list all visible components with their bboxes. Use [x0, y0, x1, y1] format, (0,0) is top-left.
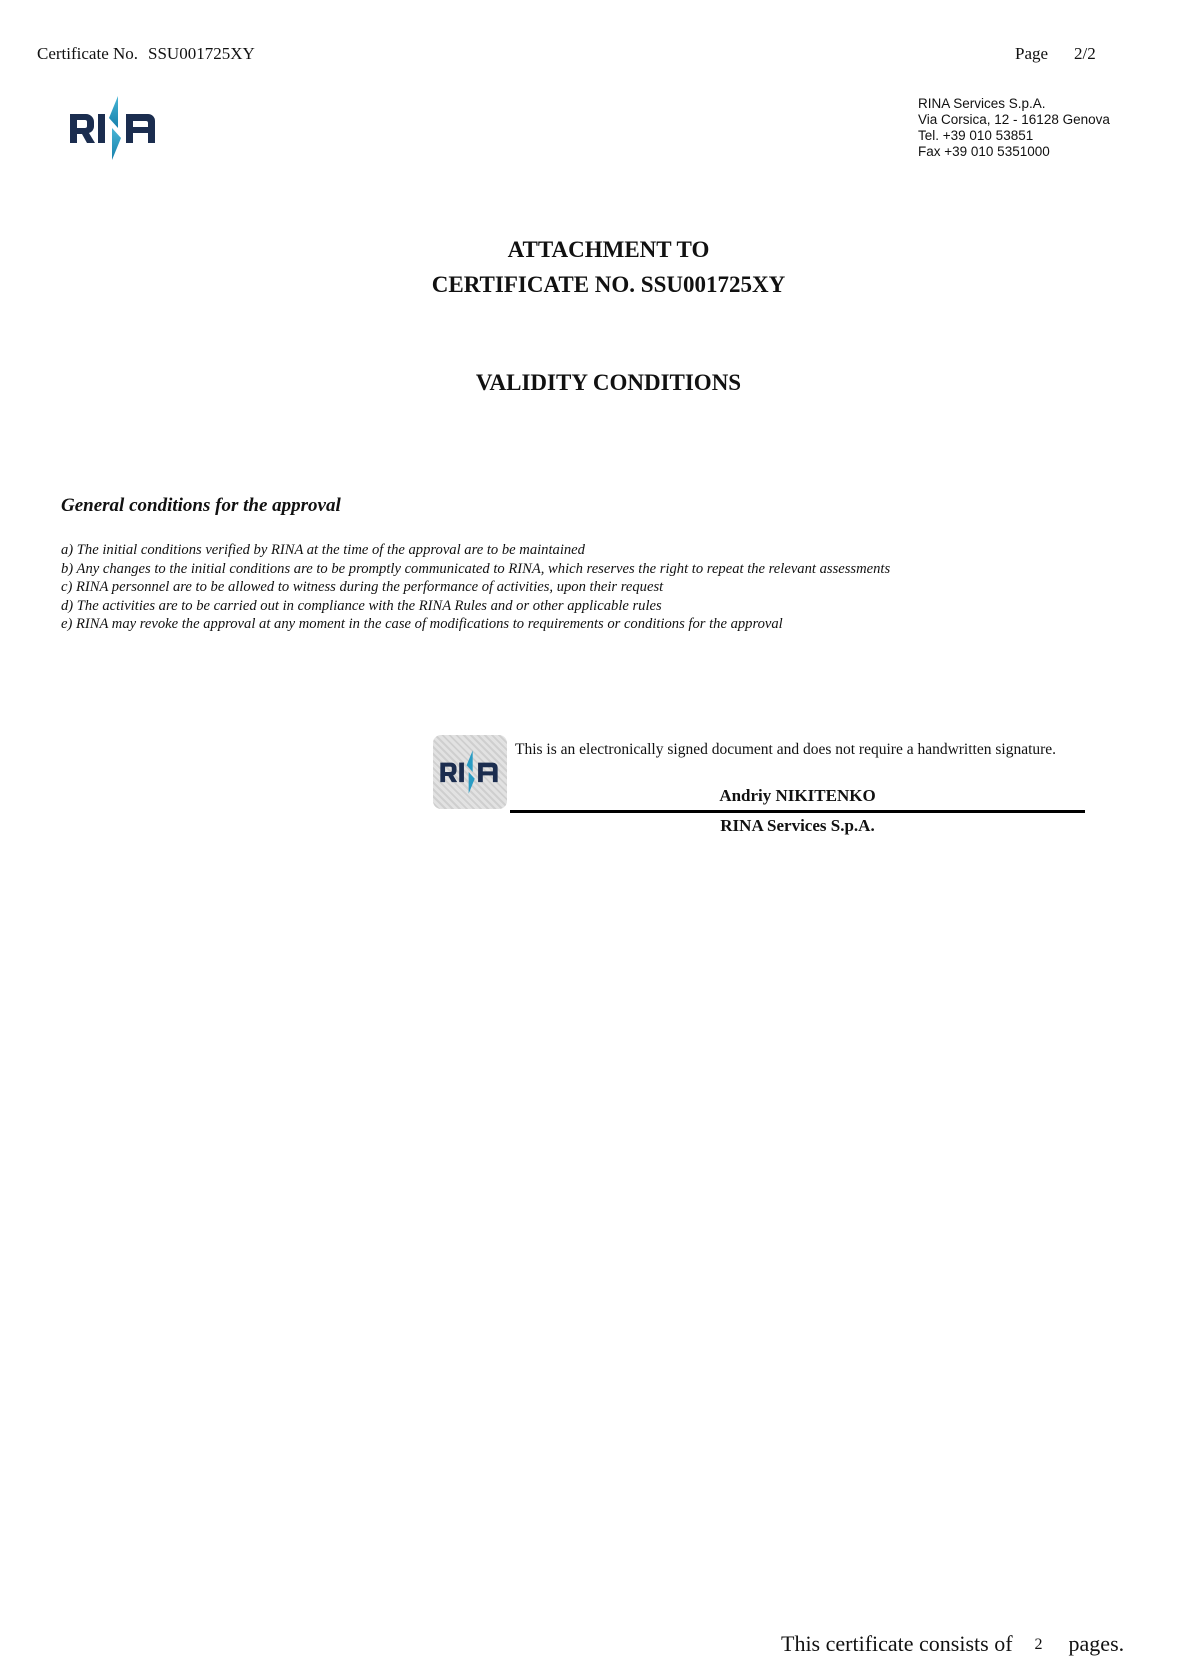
page-indicator: Page2/2: [1015, 44, 1096, 64]
certificate-number-header: Certificate No.SSU001725XY: [37, 44, 255, 64]
company-tel: Tel. +39 010 53851: [918, 128, 1110, 144]
rina-logo-icon: [68, 94, 160, 162]
certificate-number: SSU001725XY: [148, 44, 255, 63]
condition-item: d) The activities are to be carried out …: [61, 597, 941, 616]
footer-prefix: This certificate consists of: [781, 1631, 1013, 1656]
condition-item: b) Any changes to the initial conditions…: [61, 560, 941, 579]
title-validity-conditions: VALIDITY CONDITIONS: [0, 370, 1197, 396]
page-value: 2/2: [1074, 44, 1096, 63]
page-label: Page: [1015, 44, 1048, 63]
esign-notice: This is an electronically signed documen…: [515, 741, 1056, 759]
signer-organization: RINA Services S.p.A.: [510, 816, 1085, 836]
signature-line: [510, 810, 1085, 813]
footer-page-count: 2: [1035, 1636, 1043, 1653]
company-fax: Fax +39 010 5351000: [918, 144, 1110, 160]
title-attachment: ATTACHMENT TO: [0, 237, 1197, 263]
company-street: Via Corsica, 12 - 16128 Genova: [918, 112, 1110, 128]
company-address: RINA Services S.p.A. Via Corsica, 12 - 1…: [918, 96, 1110, 160]
rina-seal-icon: [433, 735, 507, 809]
page-count-footer: This certificate consists of2pages.: [781, 1631, 1124, 1657]
section-heading: General conditions for the approval: [61, 495, 341, 517]
conditions-list: a) The initial conditions verified by RI…: [61, 541, 941, 634]
certificate-label: Certificate No.: [37, 44, 138, 63]
condition-item: c) RINA personnel are to be allowed to w…: [61, 578, 941, 597]
footer-suffix: pages.: [1069, 1631, 1125, 1656]
condition-item: a) The initial conditions verified by RI…: [61, 541, 941, 560]
company-name: RINA Services S.p.A.: [918, 96, 1110, 112]
title-certificate: CERTIFICATE NO. SSU001725XY: [0, 272, 1197, 298]
signer-name: Andriy NIKITENKO: [510, 786, 1085, 806]
condition-item: e) RINA may revoke the approval at any m…: [61, 615, 941, 634]
